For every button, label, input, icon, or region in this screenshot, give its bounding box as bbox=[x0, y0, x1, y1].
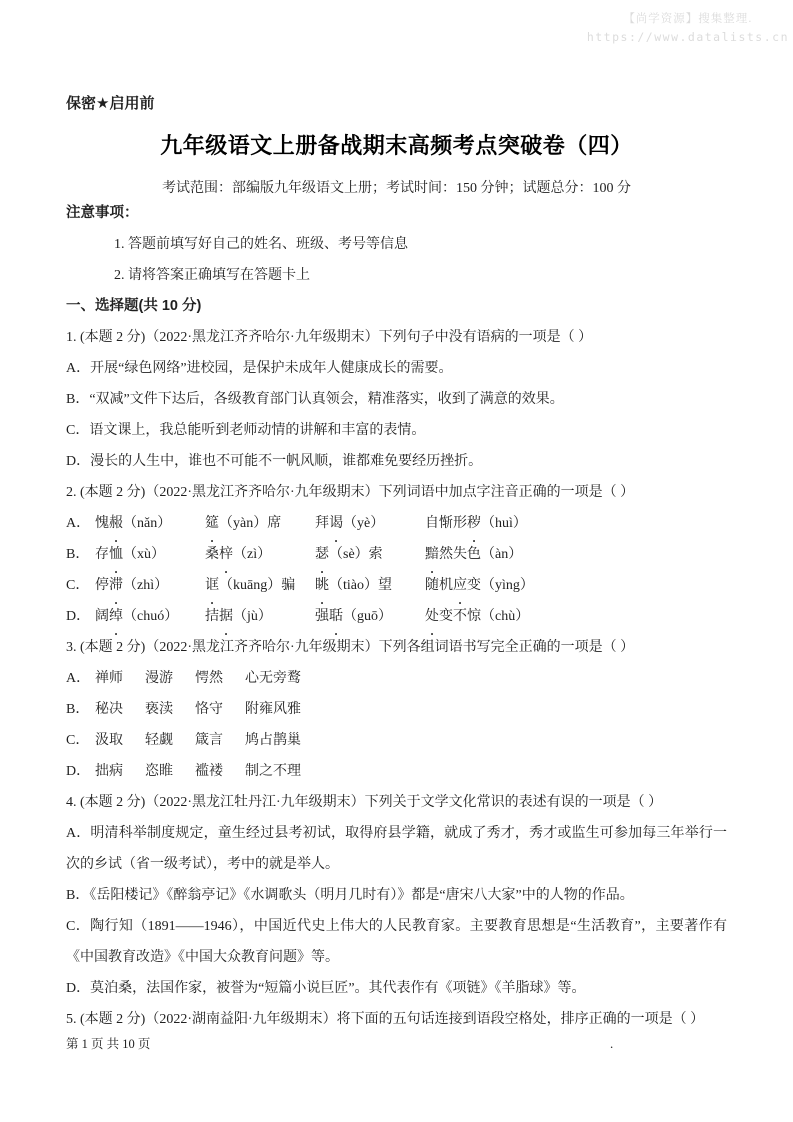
option-column: 附雍风雅 bbox=[245, 694, 727, 725]
option-column: 处变不惊（chù） bbox=[425, 601, 727, 632]
option-column: 诓（kuāng）骗 bbox=[205, 570, 315, 601]
emphasis-dot-char: 滞 bbox=[109, 570, 123, 601]
security-notice: 保密★启用前 bbox=[66, 92, 154, 113]
question-3-option-A: A．禅师漫游愕然心无旁鹜 bbox=[66, 663, 727, 694]
question-3-option-B: B．秘决亵渎恪守附雍风雅 bbox=[66, 694, 727, 725]
option-column: 制之不理 bbox=[245, 756, 727, 787]
option-column: 恣睢 bbox=[145, 756, 195, 787]
section-heading: 一、选择题(共 10 分) bbox=[66, 291, 727, 322]
note-item-1: 1. 答题前填写好自己的姓名、班级、考号等信息 bbox=[66, 229, 727, 260]
question-4-option-A: A．明清科举制度规定，童生经过县考初试，取得府县学籍，就成了秀才，秀才或监生可参… bbox=[66, 818, 727, 880]
emphasis-dot-char: 恤 bbox=[109, 539, 123, 570]
option-column: 存恤（xù） bbox=[95, 539, 205, 570]
questions-container: 1. (本题 2 分)（2022·黑龙江齐齐哈尔·九年级期末）下列句子中没有语病… bbox=[66, 322, 727, 1035]
option-column: 轻觑 bbox=[145, 725, 195, 756]
emphasis-dot-char: 聒 bbox=[329, 601, 343, 632]
footer-page-info: 第 1 页 共 10 页 bbox=[66, 1034, 150, 1052]
note-item-2: 2. 请将答案正确填写在答题卡上 bbox=[66, 260, 727, 291]
option-label: A． bbox=[66, 663, 95, 694]
question-4-option-D: D．莫泊桑，法国作家，被誉为“短篇小说巨匠”。其代表作有《项链》《羊脂球》等。 bbox=[66, 973, 727, 1004]
question-5-stem: 5. (本题 2 分)（2022·湖南益阳·九年级期末）将下面的五句话连接到语段… bbox=[66, 1004, 727, 1035]
question-4-option-C: C．陶行知（1891——1946），中国近代史上伟大的人民教育家。主要教育思想是… bbox=[66, 911, 727, 973]
option-column: 愧赧（nǎn） bbox=[95, 508, 205, 539]
option-column: 桑梓（zì） bbox=[205, 539, 315, 570]
notes-heading: 注意事项： bbox=[66, 198, 727, 229]
option-column: 筵（yàn）席 bbox=[205, 508, 315, 539]
watermark: 【尚学资源】搜集整理. https://www.datalists.cn bbox=[587, 10, 789, 44]
option-column: 汲取 bbox=[95, 725, 145, 756]
emphasis-dot-char: 据 bbox=[219, 601, 233, 632]
emphasis-dot-char: 诓 bbox=[205, 570, 219, 601]
option-column: 黯然失色（àn） bbox=[425, 539, 727, 570]
option-column: 随机应变（yìng） bbox=[425, 570, 727, 601]
question-4-stem: 4. (本题 2 分)（2022·黑龙江牡丹江·九年级期末）下列关于文学文化常识… bbox=[66, 787, 727, 818]
emphasis-dot-char: 赧 bbox=[109, 508, 123, 539]
question-1-option-C: C．语文课上，我总能听到老师动情的讲解和丰富的表情。 bbox=[66, 415, 727, 446]
option-column: 停滞（zhì） bbox=[95, 570, 205, 601]
page-title: 九年级语文上册备战期末高频考点突破卷（四） bbox=[0, 129, 793, 160]
question-3-option-C: C．汲取轻觑箴言鸠占鹊巢 bbox=[66, 725, 727, 756]
emphasis-dot-char: 筵 bbox=[205, 508, 219, 539]
option-column: 拙病 bbox=[95, 756, 145, 787]
question-3-stem: 3. (本题 2 分)（2022·黑龙江齐齐哈尔·九年级期末）下列各组词语书写完… bbox=[66, 632, 727, 663]
option-column: 瑟（sè）索 bbox=[315, 539, 425, 570]
document-body: 注意事项： 1. 答题前填写好自己的姓名、班级、考号等信息 2. 请将答案正确填… bbox=[66, 198, 727, 1035]
option-label: A． bbox=[66, 508, 95, 539]
option-column: 漫游 bbox=[145, 663, 195, 694]
question-1-stem: 1. (本题 2 分)（2022·黑龙江齐齐哈尔·九年级期末）下列句子中没有语病… bbox=[66, 322, 727, 353]
option-label: B． bbox=[66, 694, 95, 725]
emphasis-dot-char: 瑟 bbox=[315, 539, 329, 570]
exam-info: 考试范围：部编版九年级语文上册；考试时间：150 分钟；试题总分：100 分 bbox=[0, 177, 793, 197]
option-column: 强聒（guō） bbox=[315, 601, 425, 632]
emphasis-dot-char: 秽 bbox=[467, 508, 481, 539]
option-column: 拮据（jù） bbox=[205, 601, 315, 632]
emphasis-dot-char: 处 bbox=[425, 601, 439, 632]
option-column: 禅师 bbox=[95, 663, 145, 694]
emphasis-dot-char: 绰 bbox=[109, 601, 123, 632]
question-4-option-B: B．《岳阳楼记》《醉翁亭记》《水调歌头（明月几时有）》都是“唐宋八大家”中的人物… bbox=[66, 880, 727, 911]
emphasis-dot-char: 梓 bbox=[219, 539, 233, 570]
question-1-option-A: A．开展“绿色网络”进校园，是保护未成年人健康成长的需要。 bbox=[66, 353, 727, 384]
option-column: 亵渎 bbox=[145, 694, 195, 725]
option-column: 箴言 bbox=[195, 725, 245, 756]
question-1-option-D: D．漫长的人生中，谁也不可能不一帆风顺，谁都难免要经历挫折。 bbox=[66, 446, 727, 477]
option-column: 恪守 bbox=[195, 694, 245, 725]
question-2-stem: 2. (本题 2 分)（2022·黑龙江齐齐哈尔·九年级期末）下列词语中加点字注… bbox=[66, 477, 727, 508]
watermark-url: https://www.datalists.cn bbox=[587, 30, 789, 44]
emphasis-dot-char: 应 bbox=[453, 570, 467, 601]
option-label: C． bbox=[66, 725, 95, 756]
emphasis-dot-char: 眺 bbox=[315, 570, 329, 601]
exam-paper-page: 【尚学资源】搜集整理. https://www.datalists.cn 保密★… bbox=[0, 0, 793, 1122]
question-1-option-B: B．“双减”文件下达后，各级教育部门认真领会，精准落实，收到了满意的效果。 bbox=[66, 384, 727, 415]
option-column: 心无旁鹜 bbox=[245, 663, 727, 694]
option-label: D． bbox=[66, 601, 95, 632]
stray-period: . bbox=[610, 1036, 613, 1052]
question-2-option-C: C．停滞（zhì）诓（kuāng）骗眺（tiào）望随机应变（yìng） bbox=[66, 570, 727, 601]
question-2-option-A: A．愧赧（nǎn）筵（yàn）席拜谒（yè）自惭形秽（huì） bbox=[66, 508, 727, 539]
question-2-option-D: D．阔绰（chuó）拮据（jù）强聒（guō）处变不惊（chù） bbox=[66, 601, 727, 632]
option-column: 眺（tiào）望 bbox=[315, 570, 425, 601]
option-label: C． bbox=[66, 570, 95, 601]
option-column: 自惭形秽（huì） bbox=[425, 508, 727, 539]
option-column: 鸠占鹊巢 bbox=[245, 725, 727, 756]
option-label: D． bbox=[66, 756, 95, 787]
option-label: B． bbox=[66, 539, 95, 570]
option-column: 秘决 bbox=[95, 694, 145, 725]
emphasis-dot-char: 谒 bbox=[329, 508, 343, 539]
emphasis-dot-char: 黯 bbox=[425, 539, 439, 570]
question-3-option-D: D．拙病恣睢褴褛制之不理 bbox=[66, 756, 727, 787]
option-column: 愕然 bbox=[195, 663, 245, 694]
question-2-option-B: B．存恤（xù）桑梓（zì）瑟（sè）索黯然失色（àn） bbox=[66, 539, 727, 570]
option-column: 阔绰（chuó） bbox=[95, 601, 205, 632]
option-column: 褴褛 bbox=[195, 756, 245, 787]
option-column: 拜谒（yè） bbox=[315, 508, 425, 539]
watermark-credit: 【尚学资源】搜集整理. bbox=[587, 10, 789, 26]
